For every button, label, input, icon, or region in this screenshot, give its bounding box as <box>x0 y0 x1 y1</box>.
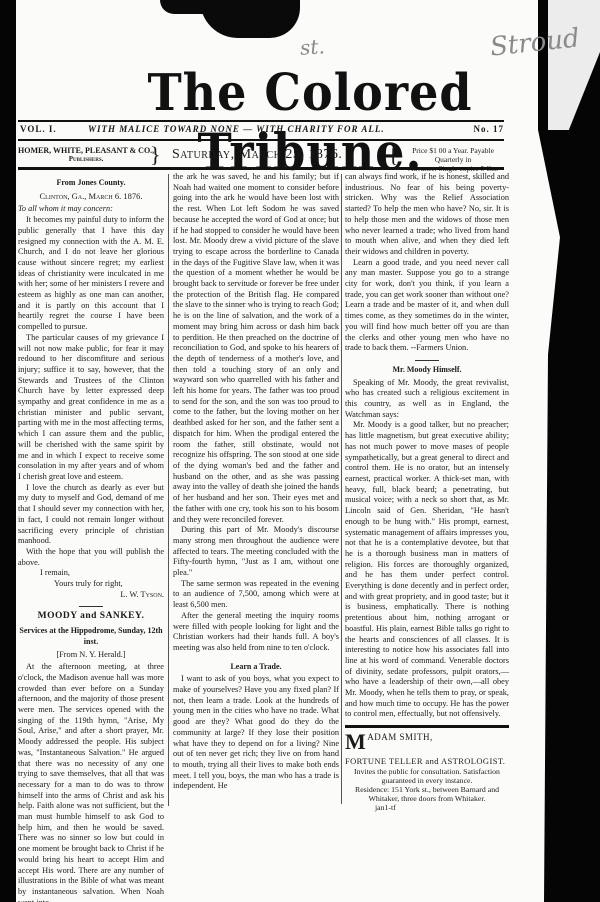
paragraph: I love the church as dearly as ever but … <box>18 483 164 547</box>
masthead-rule <box>18 167 504 170</box>
brace-decoration: { <box>388 142 399 168</box>
paragraph: With the hope that you will publish the … <box>18 547 164 568</box>
paragraph: After the general meeting the inquiry ro… <box>173 611 339 654</box>
column-divider <box>341 174 342 804</box>
advertisement-title: MADAM SMITH, <box>345 732 509 743</box>
ad-text: Invites the public for consultation. Sat… <box>345 767 509 785</box>
masthead-rule <box>18 120 504 122</box>
publishers-name: HOMER, WHITE, PLEASANT & CO., <box>18 146 154 155</box>
price-line: Price $1 00 a Year. Payable Quarterly in <box>398 146 508 164</box>
column-1: From Jones County. Clinton, Ga., March 6… <box>18 176 164 902</box>
article-heading: Mr. Moody Himself. <box>345 365 509 376</box>
article-heading: Learn a Trade. <box>173 662 339 673</box>
salutation: To all whom it may concern: <box>18 204 164 215</box>
paragraph: I want to ask of you boys, what you expe… <box>173 674 339 792</box>
paragraph: Learn a good trade, and you need never c… <box>345 258 509 354</box>
ad-profession: FORTUNE TELLER and ASTROLOGIST. <box>345 752 509 767</box>
issue-date: Saturday, March 25, 1876. <box>172 147 342 163</box>
paragraph: The same sermon was repeated in the even… <box>173 579 339 611</box>
ad-address: Residence: 151 York st., between Barnard… <box>345 785 509 803</box>
masthead-rule <box>18 139 504 141</box>
divider <box>79 606 103 607</box>
closing: I remain, <box>18 568 164 579</box>
paragraph: can always find work, if he is honest, s… <box>345 172 509 258</box>
divider <box>415 360 439 361</box>
motto: WITH MALICE TOWARD NONE — WITH CHARITY F… <box>88 124 385 134</box>
volume: VOL. I. <box>20 124 57 134</box>
paragraph: Mr. Moody is a good talker, but no preac… <box>345 420 509 720</box>
drop-cap: M <box>345 732 366 752</box>
ad-name: ADAM SMITH, <box>367 732 433 742</box>
publishers-label: Publishers. <box>18 155 154 164</box>
signature: L. W. Tyson. <box>18 590 164 601</box>
article-source: [From N. Y. Herald.] <box>18 650 164 661</box>
motto-bar: VOL. I. WITH MALICE TOWARD NONE — WITH C… <box>18 123 504 137</box>
paragraph: the ark he was saved, he and his family;… <box>173 172 339 525</box>
brace-decoration: } <box>150 142 161 168</box>
ad-code: jan1-tf <box>345 803 509 814</box>
issue-number: No. 17 <box>474 124 505 134</box>
paragraph: During this part of Mr. Moody's discours… <box>173 525 339 579</box>
article-heading: From Jones County. <box>18 178 164 189</box>
advertisement-rule <box>345 725 509 728</box>
paragraph: At the afternoon meeting, at three o'clo… <box>18 662 164 902</box>
column-divider <box>168 174 169 806</box>
dateline: Clinton, Ga., March 6. 1876. <box>18 191 164 202</box>
paragraph: The particular causes of my grievance I … <box>18 333 164 483</box>
article-heading: MOODY and SANKEY. <box>18 611 164 622</box>
paragraph: It becomes my painful duty to inform the… <box>18 215 164 333</box>
handwritten-note: st. <box>299 34 325 60</box>
column-3: can always find work, if he is honest, s… <box>345 172 509 814</box>
closing: Yours truly for right, <box>18 579 164 590</box>
article-subheading: Services at the Hippodrome, Sunday, 12th… <box>18 626 164 647</box>
paragraph: Speaking of Mr. Moody, the great revival… <box>345 378 509 421</box>
column-2: the ark he was saved, he and his family;… <box>173 172 339 792</box>
scan-border-right <box>538 0 600 902</box>
publishers: HOMER, WHITE, PLEASANT & CO., Publishers… <box>18 146 154 164</box>
